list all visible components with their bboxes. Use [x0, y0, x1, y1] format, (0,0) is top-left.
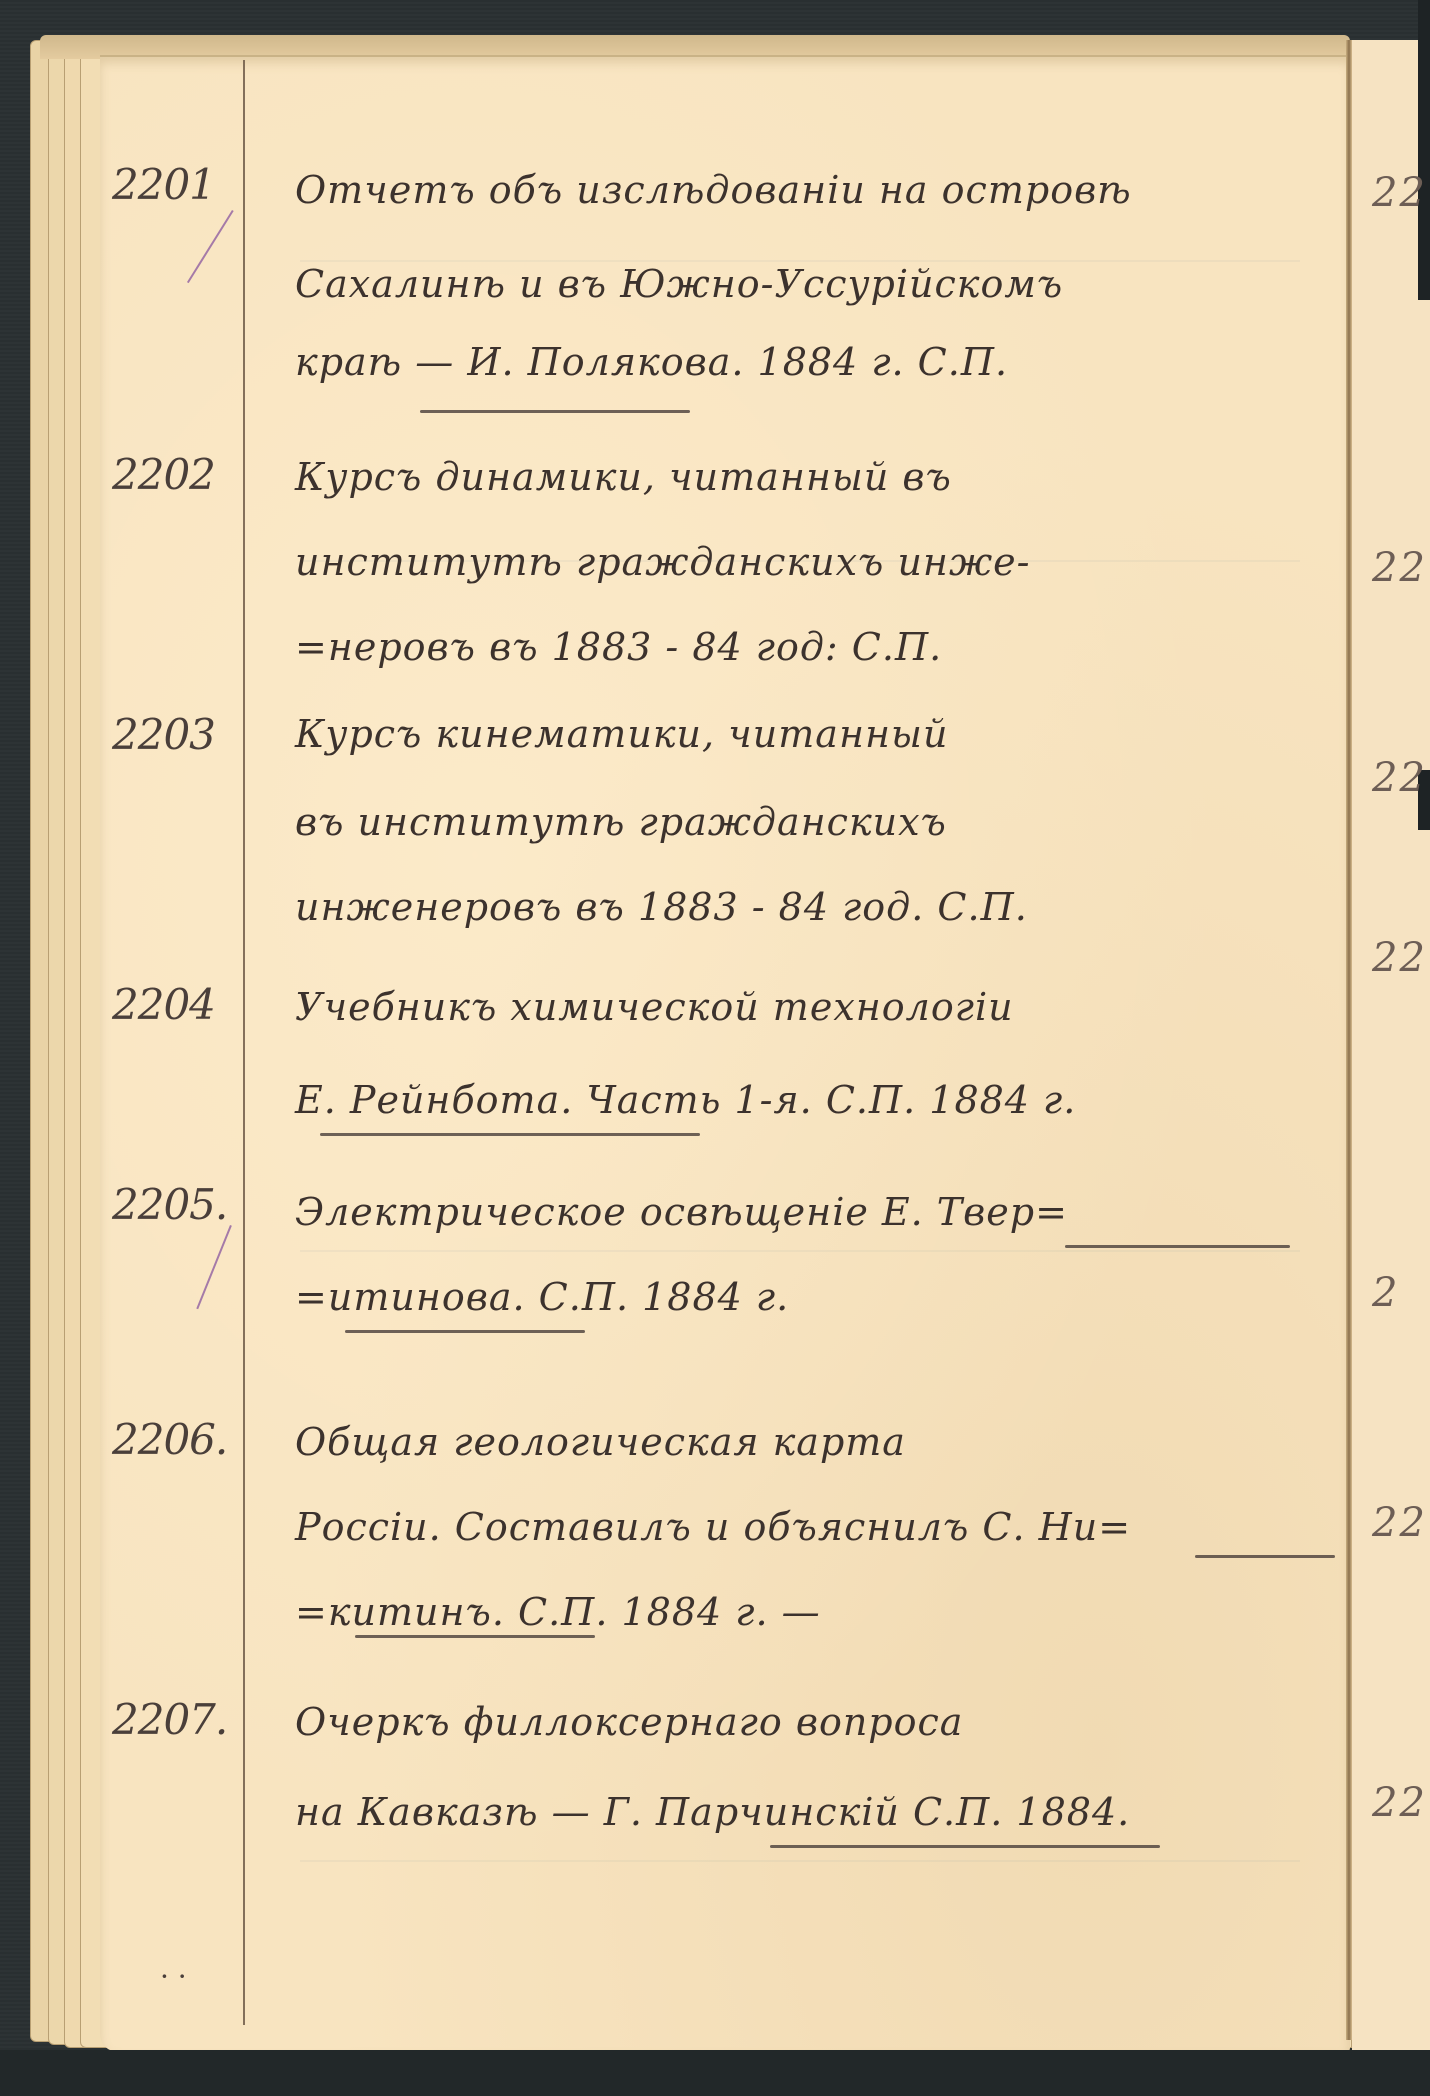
- author-underline: [320, 1133, 700, 1136]
- facing-page-number: 22: [1372, 755, 1427, 801]
- entry-text-line: Учебникъ химической технологіи: [295, 985, 1345, 1029]
- entry-number: 2205.: [112, 1180, 227, 1229]
- facing-page-number: 22: [1372, 1780, 1427, 1826]
- entry-number: 2201: [112, 160, 215, 209]
- entry-text-line: краѣ — И. Полякова. 1884 г. С.П.: [295, 340, 1345, 384]
- facing-page-number: 22: [1372, 545, 1427, 591]
- author-underline: [1195, 1555, 1335, 1558]
- entry-text-line: Отчетъ объ изслѣдованіи на островѣ: [295, 168, 1345, 212]
- entry-text-line: Очеркъ филлоксернаго вопроса: [295, 1700, 1345, 1744]
- entry-text-line: Курсъ динамики, читанный въ: [295, 455, 1345, 499]
- entry-text-line: Россіи. Составилъ и объяснилъ С. Ни=: [295, 1505, 1345, 1549]
- book-cover-bottom: [0, 2050, 1430, 2096]
- entry-number: 2207.: [112, 1695, 227, 1744]
- trailing-marks: · ·: [160, 1960, 187, 1993]
- bleed-through-line: [300, 1860, 1300, 1862]
- entry-number: 2206.: [112, 1415, 227, 1464]
- entry-text-line: Общая геологическая карта: [295, 1420, 1345, 1464]
- entry-text-line: Е. Рейнбота. Часть 1-я. С.П. 1884 г.: [295, 1078, 1345, 1122]
- entry-text-line: на Кавказѣ — Г. Парчинскій С.П. 1884.: [295, 1790, 1345, 1834]
- facing-page: [1352, 40, 1430, 2050]
- facing-page-number: 22: [1372, 170, 1427, 216]
- author-underline: [1065, 1245, 1290, 1248]
- facing-page-number: 2: [1372, 1270, 1399, 1316]
- entry-text-line: =итинова. С.П. 1884 г.: [295, 1275, 1345, 1319]
- author-underline: [345, 1330, 585, 1333]
- entry-text-line: Электрическое освѣщеніе Е. Твер=: [295, 1190, 1345, 1234]
- entry-text-line: =неровъ въ 1883 - 84 год: С.П.: [295, 625, 1345, 669]
- entry-text-line: =китинъ. С.П. 1884 г. —: [295, 1590, 1345, 1634]
- bleed-through-line: [300, 1250, 1300, 1252]
- facing-page-number: 22: [1372, 1500, 1427, 1546]
- entry-number: 2203: [112, 710, 215, 759]
- facing-page-number: 22: [1372, 935, 1427, 981]
- entry-number: 2204: [112, 980, 215, 1029]
- author-underline: [355, 1635, 595, 1638]
- entry-text-line: институтѣ гражданскихъ инже-: [295, 540, 1345, 584]
- entry-text-line: Курсъ кинематики, читанный: [295, 712, 1345, 756]
- author-underline: [770, 1845, 1160, 1848]
- entry-text-line: Сахалинѣ и въ Южно-Уссурійскомъ: [295, 262, 1345, 306]
- cover-edge: [1418, 0, 1430, 300]
- author-underline: [420, 410, 690, 413]
- entry-text-line: инженеровъ въ 1883 - 84 год. С.П.: [295, 885, 1345, 929]
- entry-number: 2202: [112, 450, 215, 499]
- entry-text-line: въ институтѣ гражданскихъ: [295, 800, 1345, 844]
- margin-rule: [243, 60, 245, 2025]
